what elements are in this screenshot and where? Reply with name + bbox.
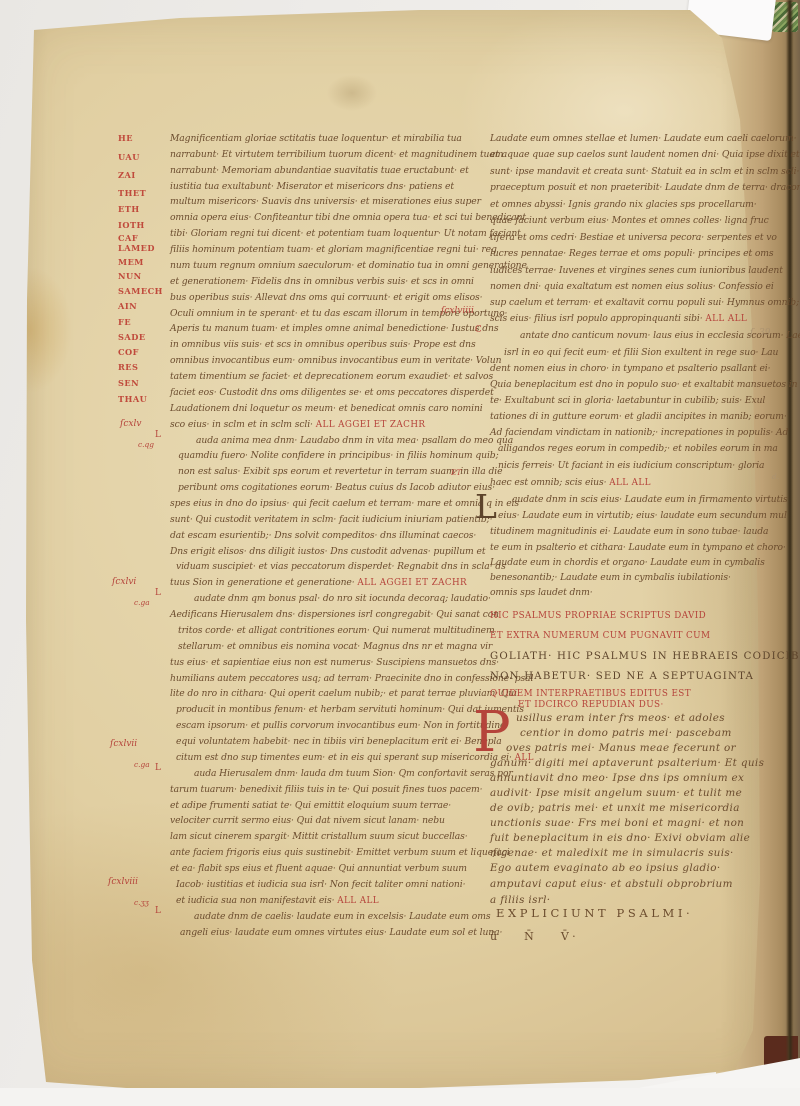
text-line: et aquae quae sup caelos sunt laudent no… bbox=[490, 149, 800, 160]
body-text: te eum in psalterio et cithara· Laudate … bbox=[490, 542, 786, 553]
rubric-text: QUIDEM INTERPRAETIBUS EDITUS EST bbox=[490, 689, 691, 699]
body-text: in omnibus viis suis· et scs in omnibus … bbox=[170, 339, 476, 350]
psalm-number-marginal: ſcxlvi bbox=[112, 577, 136, 587]
body-text: usillus eram inter frs meos· et adoles bbox=[516, 712, 725, 724]
text-line: ū N̄ V̄ · bbox=[490, 930, 576, 943]
text-line: Lauda anima mea dnm· Laudabo dnm in vita… bbox=[170, 435, 513, 446]
rubric-text: ET EXTRA NUMERUM CUM PUGNAVIT CUM bbox=[490, 631, 710, 641]
psalm-number-marginal: c.ʒʒ bbox=[134, 898, 149, 907]
body-text: te· Exultabunt sci in gloria· laetabuntu… bbox=[490, 395, 765, 406]
text-line: Ad faciendam vindictam in nationib;· inc… bbox=[490, 427, 788, 438]
body-text: nicis ferreis· Ut faciant in eis iudiciu… bbox=[498, 460, 764, 471]
rubric-text: HIC PSALMUS PROPRIAE SCRIPTUS DAVID bbox=[490, 611, 706, 621]
body-text: Laudate eum in chordis et organo· Laudat… bbox=[490, 557, 765, 568]
hebrew-letter: THET bbox=[118, 188, 146, 198]
body-text: audate dnm qm bonus psal· do nro sit ioc… bbox=[194, 593, 491, 604]
body-text: fuit beneplacitum in eis dno· Exivi obvi… bbox=[490, 832, 750, 844]
body-text: omnia opera eius· Confiteantur tibi dne … bbox=[170, 212, 526, 223]
text-line: faciet eos· Custodit dns oms diligentes … bbox=[170, 387, 494, 398]
psalm-number-marginal: ſcxlv bbox=[120, 419, 141, 429]
photo-backdrop: HEUAUZAITHETETHIOTHCAFLAMEDMEMNUNSAMECHA… bbox=[0, 0, 800, 1106]
body-text: stellarum· et omnibus eis nomina vocat· … bbox=[178, 641, 492, 652]
body-text: Aedificans Hierusalem dns· dispersiones … bbox=[170, 609, 499, 620]
body-text: haec est omnib; scis eius· bbox=[490, 477, 609, 488]
text-line: lam sicut cinerem spargit· Mittit crista… bbox=[170, 831, 468, 842]
text-line: Aperis tu manum tuam· et imples omne ani… bbox=[170, 323, 498, 334]
text-line: isrl in eo qui fecit eum· et filii Sion … bbox=[490, 347, 778, 358]
body-text: quamdiu fuero· Nolite confidere in princ… bbox=[178, 450, 499, 461]
text-line: lucres pennatae· Reges terrae et oms pop… bbox=[490, 248, 774, 259]
body-text: audate dnm in scis eius· Laudate eum in … bbox=[512, 494, 788, 505]
hebrew-letter: CAF bbox=[118, 233, 138, 243]
drop-cap-initial: L bbox=[155, 431, 161, 440]
folio-mark: ſ. 39 bbox=[750, 328, 771, 338]
left-text-column: Magnificentiam gloriae sctitatis tuae lo… bbox=[170, 0, 486, 1106]
text-line: Quia beneplacitum est dno in populo suo·… bbox=[490, 379, 800, 390]
body-text: omnibus invocantibus eum· omnibus invoca… bbox=[170, 355, 501, 366]
psalm-number-marginal: c.ga bbox=[134, 760, 150, 769]
body-text: escam ipsorum· et pullis corvorum invoca… bbox=[176, 720, 505, 731]
text-line: et generationem· Fidelis dns in omnibus … bbox=[170, 276, 474, 287]
hebrew-letter: MEM bbox=[118, 257, 144, 267]
body-text: filiis hominum potentiam tuam· et gloria… bbox=[170, 244, 497, 255]
text-line: Lauda Hierusalem dnm· lauda dm tuum Sion… bbox=[170, 768, 513, 779]
body-text: dent nomen eius in choro· in tympano et … bbox=[490, 363, 770, 374]
body-text: lite do nro in cithara· Qui operit caelu… bbox=[170, 688, 517, 699]
text-line: bus operibus suis· Allevat dns oms qui c… bbox=[170, 292, 482, 303]
hebrew-letter: NUN bbox=[118, 271, 142, 281]
body-text: viduam suscipiet· et vias peccatorum dis… bbox=[176, 561, 506, 572]
text-line: scis eius· filius isrl populo appropinqu… bbox=[490, 313, 747, 324]
body-text: Magnificentiam gloriae sctitatis tuae lo… bbox=[170, 133, 462, 144]
body-text: quae faciunt verbum eius· Montes et omne… bbox=[490, 215, 769, 226]
text-line: quae faciunt verbum eius· Montes et omne… bbox=[490, 215, 769, 226]
text-line: Aedificans Hierusalem dns· dispersiones … bbox=[170, 609, 499, 620]
text-line: ante faciem frigoris eius quis sustinebi… bbox=[170, 847, 510, 858]
text-line: iudices terrae· Iuvenes et virgines sene… bbox=[490, 265, 783, 276]
body-text: angeli eius· laudate eum omnes virtutes … bbox=[180, 927, 502, 938]
text-line: centior in domo patris mei· pascebam bbox=[490, 727, 732, 739]
psalm-number-marginal: ET bbox=[451, 468, 461, 477]
hebrew-letter: ETH bbox=[118, 204, 140, 214]
text-line: stellarum· et omnibus eis nomina vocat· … bbox=[170, 641, 492, 652]
drop-cap-initial: L bbox=[155, 907, 161, 916]
text-line: dat escam esurientib;· Dns solvit comped… bbox=[170, 530, 476, 541]
text-line: ET IDCIRCO REPUDIAN DUS· bbox=[490, 700, 664, 710]
body-text: NON HABETUR· SED NE A SEPTUAGINTA bbox=[490, 671, 754, 682]
body-text: auda anima mea dnm· Laudabo dnm in vita … bbox=[196, 435, 513, 446]
body-text: bus operibus suis· Allevat dns oms qui c… bbox=[170, 292, 482, 303]
text-line: omnia opera eius· Confiteantur tibi dne … bbox=[170, 212, 526, 223]
body-text: et omnes abyssi· Ignis grando nix glacie… bbox=[490, 199, 757, 210]
text-line: tifera et oms cedri· Bestiae et universa… bbox=[490, 232, 777, 243]
text-line: Iacob· iustitias et iudicia sua isrl· No… bbox=[170, 879, 465, 890]
body-text: tationes di in gutture eorum· et gladii … bbox=[490, 411, 787, 422]
hebrew-letter: FE bbox=[118, 317, 131, 327]
body-text: iustitia tua exultabunt· Miserator et mi… bbox=[170, 181, 454, 192]
hebrew-letter: LAMED bbox=[118, 243, 155, 253]
body-text: nigenae· et maledixit me in simulacris s… bbox=[490, 847, 734, 859]
body-text: unctionis suae· Frs mei boni et magni· e… bbox=[490, 817, 744, 829]
psalm-number-marginal: ſcxlvii bbox=[110, 739, 137, 749]
text-line: unctionis suae· Frs mei boni et magni· e… bbox=[490, 817, 744, 829]
text-line: tus eius· et sapientiae eius non est num… bbox=[170, 657, 499, 668]
hebrew-letter: RES bbox=[118, 362, 138, 372]
text-line: eius· Laudate eum in virtutib; eius· lau… bbox=[490, 510, 787, 521]
body-text: peribunt oms cogitationes eorum· Beatus … bbox=[178, 482, 495, 493]
text-line: tibi· Gloriam regni tui dicent· et poten… bbox=[170, 228, 521, 239]
body-text: Dns erigit elisos· dns diligit iustos· D… bbox=[170, 546, 485, 557]
text-line: te· Exultabunt sci in gloria· laetabuntu… bbox=[490, 395, 765, 406]
psalm-number-marginal: ſcxlviiii bbox=[441, 306, 474, 316]
body-text: narrabunt· Memoriam abundantiae suavitat… bbox=[170, 165, 469, 176]
body-text: EXPLICIUNT PSALMI· bbox=[496, 906, 693, 920]
body-text: citum est dno sup timentes eum· et in ei… bbox=[176, 752, 515, 763]
text-line: angeli eius· laudate eum omnes virtutes … bbox=[170, 927, 502, 938]
text-line: alligandos reges eorum in compedib;· et … bbox=[490, 443, 778, 454]
body-text: et ea· flabit sps eius et fluent aquae· … bbox=[170, 863, 467, 874]
text-line: te eum in psalterio et cithara· Laudate … bbox=[490, 542, 786, 553]
hebrew-letter: SAMECH bbox=[118, 286, 163, 296]
text-line: velociter currit sermo eius· Qui dat niv… bbox=[170, 815, 445, 826]
rubric-text: ALL ALL bbox=[609, 478, 651, 488]
body-text: scis eius· filius isrl populo appropinqu… bbox=[490, 313, 705, 324]
text-line: Laudate dnm in scis eius· Laudate eum in… bbox=[490, 494, 788, 505]
hebrew-letter: AIN bbox=[118, 301, 137, 311]
body-text: tarum tuarum· benedixit filiis tuis in t… bbox=[170, 784, 483, 795]
body-text: tuus Sion in generatione et generatione· bbox=[170, 577, 357, 588]
text-line: tarum tuarum· benedixit filiis tuis in t… bbox=[170, 784, 483, 795]
body-text: amputavi caput eius· et abstuli obprobri… bbox=[490, 878, 733, 890]
body-text: audate dnm de caelis· laudate eum in exc… bbox=[194, 911, 490, 922]
text-line: Laudate eum in chordis et organo· Laudat… bbox=[490, 557, 765, 568]
body-text: humilians autem peccatores usq; ad terra… bbox=[170, 673, 533, 684]
text-line: GOLIATH· HIC PSALMUS IN HEBRAEIS CODICIB… bbox=[490, 651, 800, 662]
body-text: alligandos reges eorum in compedib;· et … bbox=[498, 443, 778, 454]
body-text: a filiis isrl· bbox=[490, 894, 550, 906]
body-text: omnis sps laudet dnm· bbox=[490, 587, 593, 598]
text-line: quamdiu fuero· Nolite confidere in princ… bbox=[170, 450, 499, 461]
text-line: benesonantib;· Laudate eum in cymbalis i… bbox=[490, 572, 731, 583]
text-line: Pusillus eram inter frs meos· et adoles bbox=[490, 712, 725, 724]
rubric-text: ALL AGGEI ET ZACHR bbox=[316, 420, 426, 430]
body-text: Aperis tu manum tuam· et imples omne ani… bbox=[170, 323, 498, 334]
body-text: Ego autem evaginato ab eo ipsius gladio· bbox=[490, 862, 721, 874]
text-line: a filiis isrl· bbox=[490, 894, 550, 906]
text-line: iustitia tua exultabunt· Miserator et mi… bbox=[170, 181, 454, 192]
body-text: nomen dni· quia exaltatum est nomen eius… bbox=[490, 281, 774, 292]
body-text: auda Hierusalem dnm· lauda dm tuum Sion·… bbox=[194, 768, 513, 779]
text-line: EXPLICIUNT PSALMI· bbox=[490, 906, 693, 920]
body-text: oves patris mei· Manus meae fecerunt or bbox=[506, 742, 736, 754]
text-line: oves patris mei· Manus meae fecerunt or bbox=[490, 742, 736, 754]
text-line: sup caelum et terram· et exaltavit cornu… bbox=[490, 297, 799, 308]
text-line: peribunt oms cogitationes eorum· Beatus … bbox=[170, 482, 495, 493]
body-text: Quia beneplacitum est dno in populo suo·… bbox=[490, 379, 800, 390]
text-line: equi voluntatem habebit· nec in tibiis v… bbox=[170, 736, 502, 747]
body-text: tatem timentium se faciet· et deprecatio… bbox=[170, 371, 493, 382]
body-text: et generationem· Fidelis dns in omnibus … bbox=[170, 276, 474, 287]
body-text: producit in montibus fenum· et herbam se… bbox=[176, 704, 524, 715]
text-line: in omnibus viis suis· et scs in omnibus … bbox=[170, 339, 476, 350]
body-text: lam sicut cinerem spargit· Mittit crista… bbox=[170, 831, 468, 842]
body-text: narrabunt· Et virtutem terribilium tuoru… bbox=[170, 149, 503, 160]
text-line: sco eius· in sclm et in sclm scli· ALL A… bbox=[170, 419, 425, 430]
folio-mark: d. bbox=[772, 472, 779, 481]
psalm-number-marginal: ſcxlviii bbox=[108, 877, 138, 887]
text-line: tuus Sion in generatione et generatione·… bbox=[170, 577, 467, 588]
body-text: ante faciem frigoris eius quis sustinebi… bbox=[170, 847, 510, 858]
body-text: ganum· digiti mei aptaverunt psalterium·… bbox=[490, 757, 764, 769]
text-line: et iudicia sua non manifestavit eis· ALL… bbox=[170, 895, 379, 906]
text-line: viduam suscipiet· et vias peccatorum dis… bbox=[170, 561, 506, 572]
text-line: nigenae· et maledixit me in simulacris s… bbox=[490, 847, 734, 859]
text-line: Laudate dnm qm bonus psal· do nro sit io… bbox=[170, 593, 491, 604]
rubric-text: ALL AGGEI ET ZACHR bbox=[357, 578, 467, 588]
text-line: NON HABETUR· SED NE A SEPTUAGINTA bbox=[490, 671, 754, 682]
body-text: tibi· Gloriam regni tui dicent· et poten… bbox=[170, 228, 521, 239]
body-text: multum misericors· Suavis dns universis·… bbox=[170, 196, 481, 207]
text-line: audivit· Ipse misit angelum suum· et tul… bbox=[490, 787, 742, 799]
text-line: tritos corde· et alligat contritiones eo… bbox=[170, 625, 495, 636]
text-line: escam ipsorum· et pullis corvorum invoca… bbox=[170, 720, 505, 731]
body-text: de ovib; patris mei· et unxit me miseric… bbox=[490, 802, 740, 814]
body-text: audivit· Ipse misit angelum suum· et tul… bbox=[490, 787, 742, 799]
body-text: sco eius· in sclm et in sclm scli· bbox=[170, 419, 316, 430]
text-line: haec est omnib; scis eius· ALL ALL bbox=[490, 477, 651, 488]
hebrew-letter: ZAI bbox=[118, 170, 136, 180]
body-text: praeceptum posuit et non praeteribit· La… bbox=[490, 182, 800, 193]
body-text: sup caelum et terram· et exaltavit cornu… bbox=[490, 297, 799, 308]
body-text: tifera et oms cedri· Bestiae et universa… bbox=[490, 232, 777, 243]
text-line: nomen dni· quia exaltatum est nomen eius… bbox=[490, 281, 774, 292]
hebrew-letter: SADE bbox=[118, 332, 146, 342]
rubric-text: ALL ALL bbox=[705, 314, 747, 324]
body-text: et aquae quae sup caelos sunt laudent no… bbox=[490, 149, 800, 160]
hebrew-letter: UAU bbox=[118, 152, 140, 162]
text-line: ganum· digiti mei aptaverunt psalterium·… bbox=[490, 757, 764, 769]
text-line: tationes di in gutture eorum· et gladii … bbox=[490, 411, 787, 422]
text-line: multum misericors· Suavis dns universis·… bbox=[170, 196, 481, 207]
text-line: spes eius in dno do ipsius· qui fecit ca… bbox=[170, 498, 519, 509]
text-line: amputavi caput eius· et abstuli obprobri… bbox=[490, 878, 733, 890]
body-text: num tuum regnum omnium saeculorum· et do… bbox=[170, 260, 527, 271]
text-line: Laudationem dni loquetur os meum· et ben… bbox=[170, 403, 483, 414]
drop-cap-initial: C bbox=[475, 326, 482, 335]
text-line: praeceptum posuit et non praeteribit· La… bbox=[490, 182, 800, 193]
rubric-text: ET IDCIRCO REPUDIAN DUS· bbox=[518, 700, 664, 710]
text-line: narrabunt· Memoriam abundantiae suavitat… bbox=[170, 165, 469, 176]
text-line: titudinem magnitudinis ei· Laudate eum i… bbox=[490, 526, 768, 537]
body-text: Laudationem dni loquetur os meum· et ben… bbox=[170, 403, 483, 414]
psalm-number-marginal: c.ga bbox=[134, 598, 150, 607]
text-line: tatem timentium se faciet· et deprecatio… bbox=[170, 371, 493, 382]
text-line: humilians autem peccatores usq; ad terra… bbox=[170, 673, 533, 684]
text-line: fuit beneplacitum in eis dno· Exivi obvi… bbox=[490, 832, 750, 844]
body-text: Laudate eum omnes stellae et lumen· Laud… bbox=[490, 133, 796, 144]
hebrew-letter: SEN bbox=[118, 378, 139, 388]
text-line: Laudate eum omnes stellae et lumen· Laud… bbox=[490, 133, 796, 144]
text-line: et omnes abyssi· Ignis grando nix glacie… bbox=[490, 199, 757, 210]
body-text: dat escam esurientib;· Dns solvit comped… bbox=[170, 530, 476, 541]
text-line: filiis hominum potentiam tuam· et gloria… bbox=[170, 244, 497, 255]
drop-cap-initial: L bbox=[155, 764, 161, 773]
body-text: titudinem magnitudinis ei· Laudate eum i… bbox=[490, 526, 768, 537]
body-text: velociter currit sermo eius· Qui dat niv… bbox=[170, 815, 445, 826]
text-line: QUIDEM INTERPRAETIBUS EDITUS EST bbox=[490, 688, 691, 699]
text-line: Ego autem evaginato ab eo ipsius gladio· bbox=[490, 862, 721, 874]
body-text: GOLIATH· HIC PSALMUS IN HEBRAEIS CODICIB… bbox=[490, 651, 800, 662]
body-text: benesonantib;· Laudate eum in cymbalis i… bbox=[490, 572, 731, 583]
body-text: iudices terrae· Iuvenes et virgines sene… bbox=[490, 265, 783, 276]
body-text: centior in domo patris mei· pascebam bbox=[520, 727, 732, 739]
text-line: et ea· flabit sps eius et fluent aquae· … bbox=[170, 863, 467, 874]
text-line: de ovib; patris mei· et unxit me miseric… bbox=[490, 802, 740, 814]
body-text: sunt· Qui custodit veritatem in sclm· fa… bbox=[170, 514, 492, 525]
body-text: spes eius in dno do ipsius· qui fecit ca… bbox=[170, 498, 519, 509]
hebrew-letter: HE bbox=[118, 133, 133, 143]
rubric-text: ALL ALL bbox=[337, 896, 379, 906]
text-line: Dns erigit elisos· dns diligit iustos· D… bbox=[170, 546, 485, 557]
body-text: eius· Laudate eum in virtutib; eius· lau… bbox=[498, 510, 787, 521]
psalm-number-marginal: c.qg bbox=[138, 440, 154, 449]
hebrew-letter: IOTH bbox=[118, 220, 145, 230]
text-line: sunt· Qui custodit veritatem in sclm· fa… bbox=[170, 514, 492, 525]
text-line: omnis sps laudet dnm· bbox=[490, 587, 593, 598]
text-line: producit in montibus fenum· et herbam se… bbox=[170, 704, 524, 715]
text-line: nicis ferreis· Ut faciant in eis iudiciu… bbox=[490, 460, 764, 471]
body-text: et iudicia sua non manifestavit eis· bbox=[176, 895, 337, 906]
body-text: annuntiavit dno meo· Ipse dns ips omnium… bbox=[490, 772, 744, 784]
body-text: tus eius· et sapientiae eius non est num… bbox=[170, 657, 499, 668]
body-text: sunt· ipse mandavit et creata sunt· Stat… bbox=[490, 166, 799, 177]
hebrew-letter: THAU bbox=[118, 394, 147, 404]
body-text: Ad faciendam vindictam in nationib;· inc… bbox=[490, 427, 788, 438]
body-text: faciet eos· Custodit dns oms diligentes … bbox=[170, 387, 494, 398]
hebrew-letter: COF bbox=[118, 347, 139, 357]
body-text: isrl in eo qui fecit eum· et filii Sion … bbox=[504, 347, 778, 358]
body-text: lucres pennatae· Reges terrae et oms pop… bbox=[490, 248, 774, 259]
text-line: omnibus invocantibus eum· omnibus invoca… bbox=[170, 355, 501, 366]
text-line: dent nomen eius in choro· in tympano et … bbox=[490, 363, 770, 374]
text-line: annuntiavit dno meo· Ipse dns ips omnium… bbox=[490, 772, 744, 784]
body-text: et adipe frumenti satiat te· Qui emittit… bbox=[170, 800, 451, 811]
right-text-column: Laudate eum omnes stellae et lumen· Laud… bbox=[490, 0, 790, 1106]
drop-cap-initial: L bbox=[155, 589, 161, 598]
text-line: sunt· ipse mandavit et creata sunt· Stat… bbox=[490, 166, 799, 177]
text-line: Magnificentiam gloriae sctitatis tuae lo… bbox=[170, 133, 462, 144]
body-text: tritos corde· et alligat contritiones eo… bbox=[178, 625, 495, 636]
text-line: et adipe frumenti satiat te· Qui emittit… bbox=[170, 800, 451, 811]
text-line: ET EXTRA NUMERUM CUM PUGNAVIT CUM bbox=[490, 630, 710, 641]
text-line: num tuum regnum omnium saeculorum· et do… bbox=[170, 260, 527, 271]
text-line: Laudate dnm de caelis· laudate eum in ex… bbox=[170, 911, 490, 922]
text-line: narrabunt· Et virtutem terribilium tuoru… bbox=[170, 149, 503, 160]
body-text: ū N̄ V̄ · bbox=[490, 930, 576, 943]
body-text: Iacob· iustitias et iudicia sua isrl· No… bbox=[176, 879, 465, 890]
text-line: lite do nro in cithara· Qui operit caelu… bbox=[170, 688, 517, 699]
body-text: equi voluntatem habebit· nec in tibiis v… bbox=[176, 736, 502, 747]
text-line: HIC PSALMUS PROPRIAE SCRIPTUS DAVID bbox=[490, 610, 706, 621]
